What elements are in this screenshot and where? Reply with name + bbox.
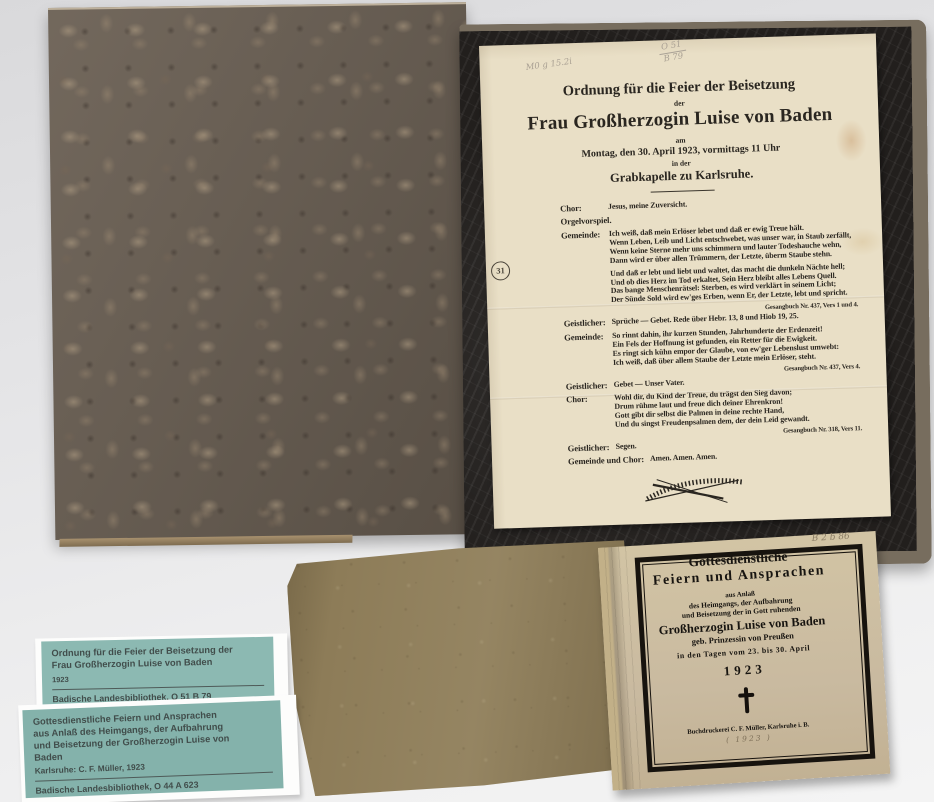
program-row: Gemeinde: Ich weiß, daß mein Erlöser leb… [485,221,884,309]
library-label-card-2: Gottesdienstliche Feiern und Ansprachen … [18,695,300,802]
funeral-program-page: M0 g 15.2i O 51 B 79 31 Ordnung für die … [479,34,891,529]
program-label: Geistlicher: [568,443,616,454]
label1-divider [52,685,264,690]
latin-cross-icon [738,687,756,714]
photo-scene: M0 g 15.2i O 51 B 79 31 Ordnung für die … [0,0,934,802]
program-line: Jesus, meine Zuversicht. [608,200,687,211]
order-of-service: Chor: Jesus, meine Zuversicht. Orgelvors… [484,194,889,470]
booklet-cover: B 2 b 86 Gottesdienstliche Feiern und An… [598,531,890,791]
label2-title: Gottesdienstliche Feiern und Ansprachen … [33,707,273,764]
label1-title-line2: Frau Großherzogin Luise von Baden [52,657,213,670]
pencil-shelfmark: O 51 B 79 [658,39,688,66]
label1-year: 1923 [52,671,264,684]
booklet-title-block: Gottesdienstliche Feiern und Ansprachen … [598,531,890,791]
program-line: Gebet — Unser Vater. [614,377,685,388]
program-line: Segen. [616,441,637,451]
brown-paper-wrapper [286,540,639,797]
program-label: Chor: [566,394,615,431]
marbled-portfolio-cover [48,2,473,540]
palm-branch-flourish-icon [493,464,891,521]
library-label-2: Gottesdienstliche Feiern und Ansprachen … [22,700,283,798]
label2-title-line4: Baden [34,752,63,763]
program-label: Gemeinde: [564,332,613,369]
program-label: Geistlicher: [564,318,612,329]
program-line: Amen. Amen. Amen. [650,452,717,463]
pencil-shelfmark-bottom: B 79 [663,51,684,64]
program-label: Orgelvorspiel. [560,216,611,227]
program-label: Chor: [560,203,608,214]
program-label: Geistlicher: [566,381,614,392]
title-divider-rule [650,190,714,193]
label1-title: Ordnung für die Feier der Beisetzung der… [51,643,263,672]
program-label: Gemeinde und Chor: [568,455,644,467]
program-label: Gemeinde: [561,230,611,307]
